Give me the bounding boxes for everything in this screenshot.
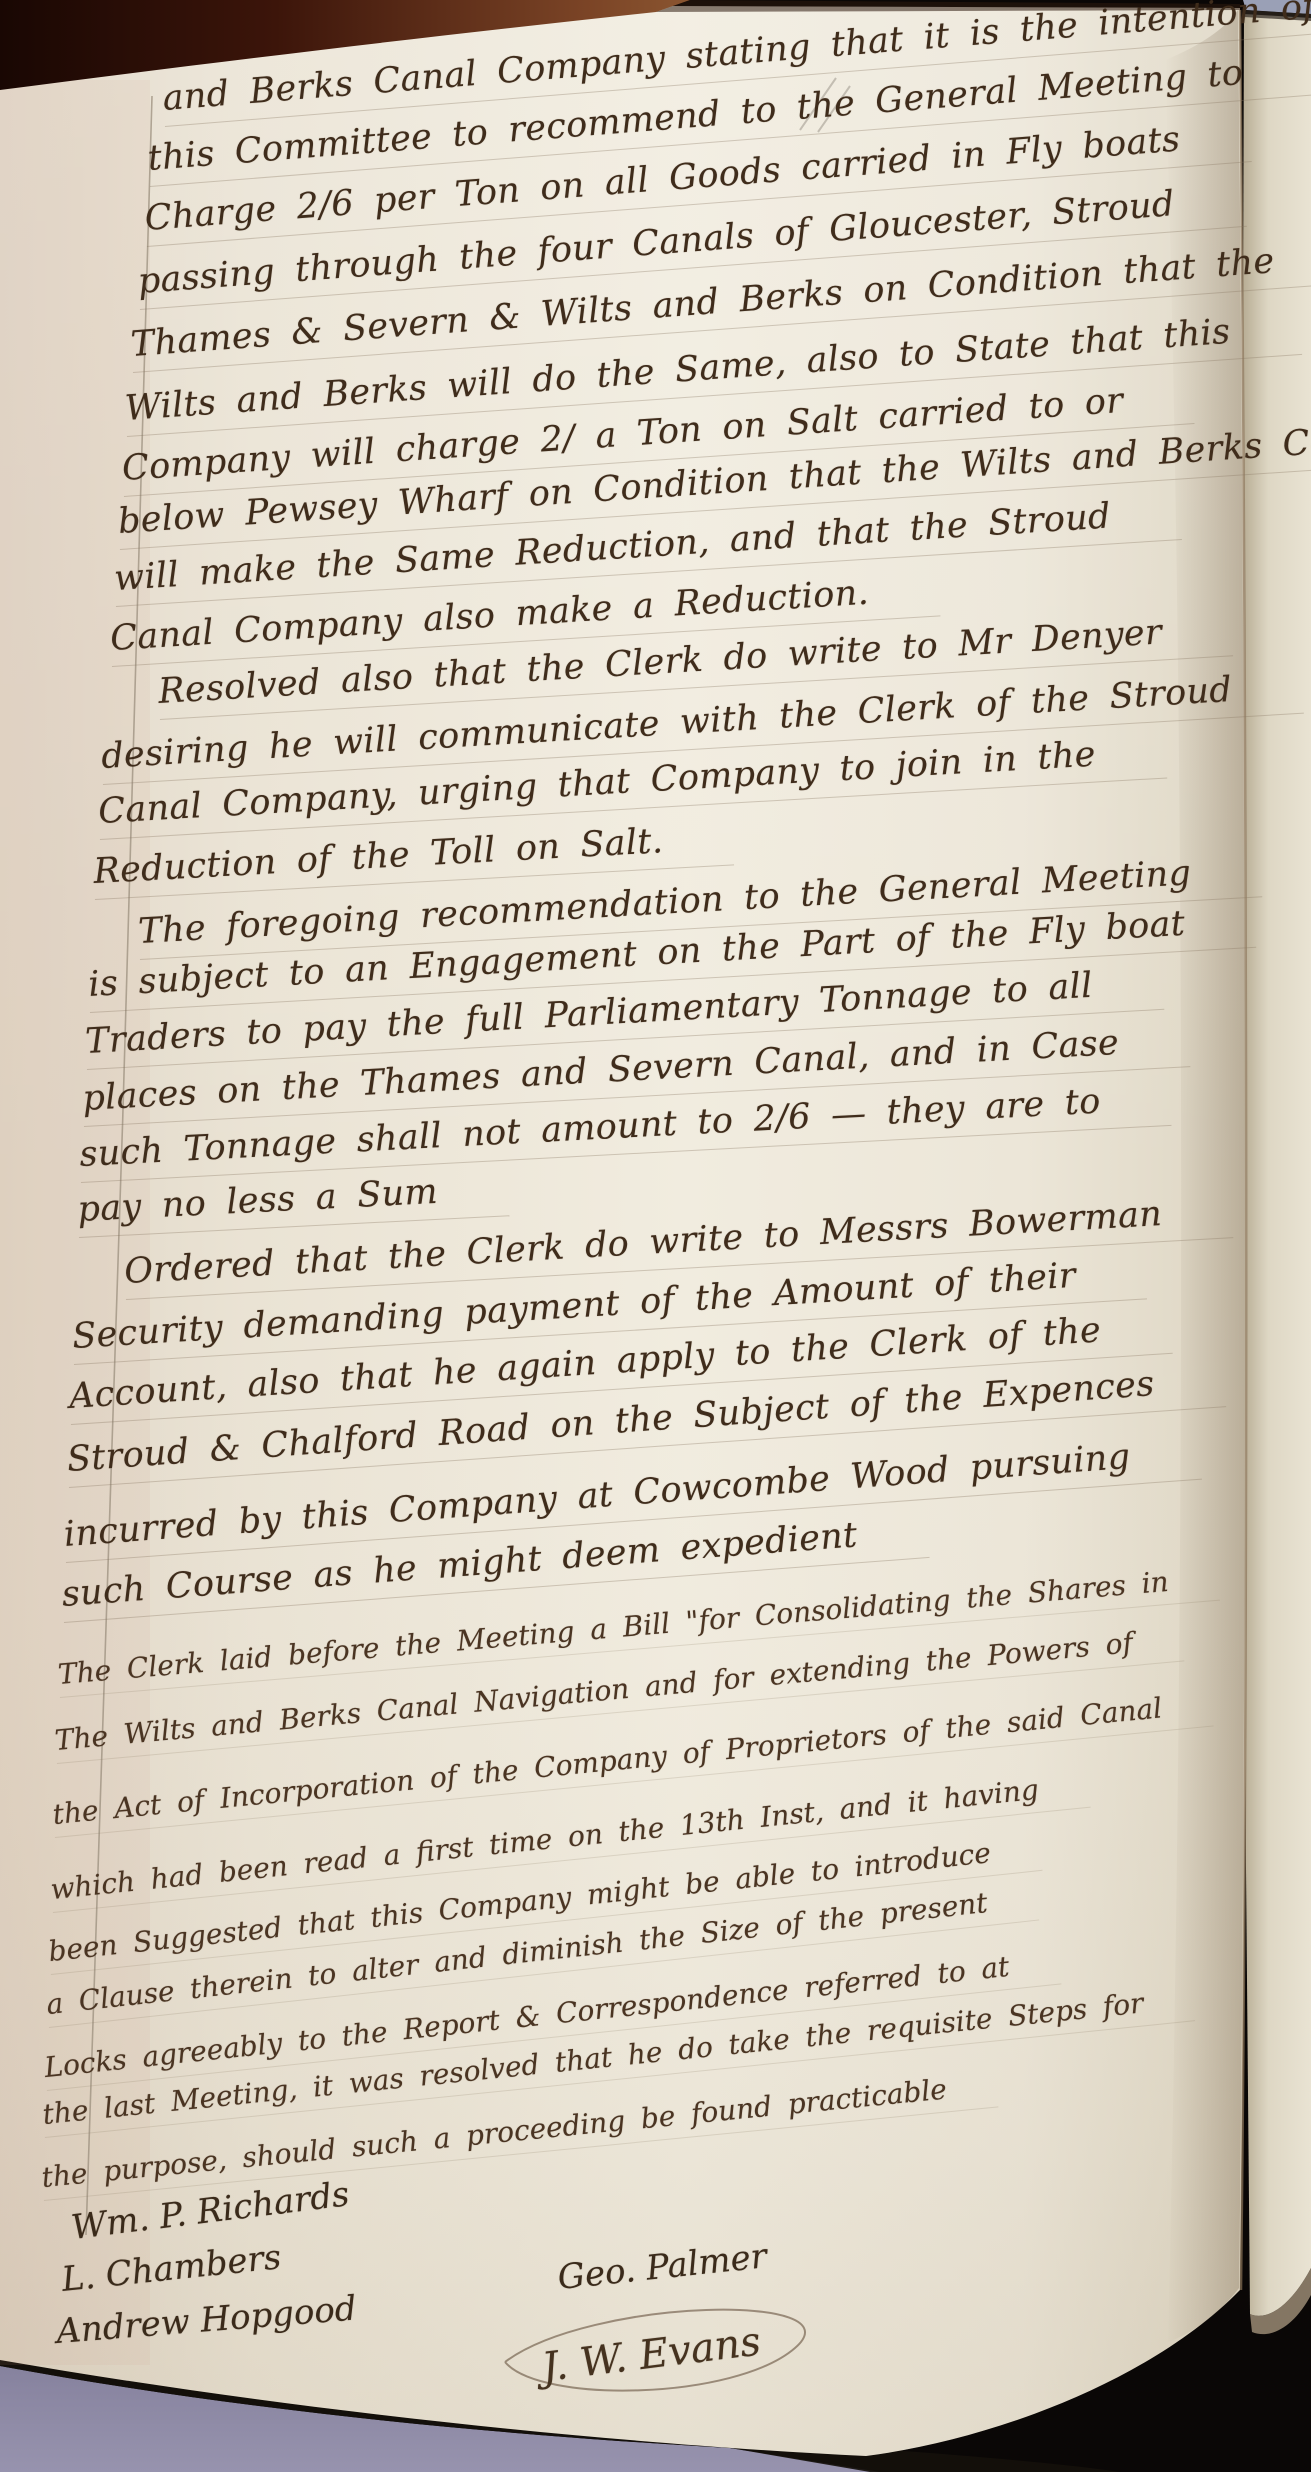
signature: Andrew Hopgood (55, 2289, 358, 2352)
manuscript-page-photo: and Berks Canal Company stating that it … (0, 0, 1311, 2472)
manuscript-text-layer: and Berks Canal Company stating that it … (0, 0, 1311, 2472)
signature: Geo. Palmer (556, 2236, 769, 2298)
signature: L. Chambers (60, 2237, 283, 2300)
signature: J. W. Evans (539, 2319, 763, 2391)
